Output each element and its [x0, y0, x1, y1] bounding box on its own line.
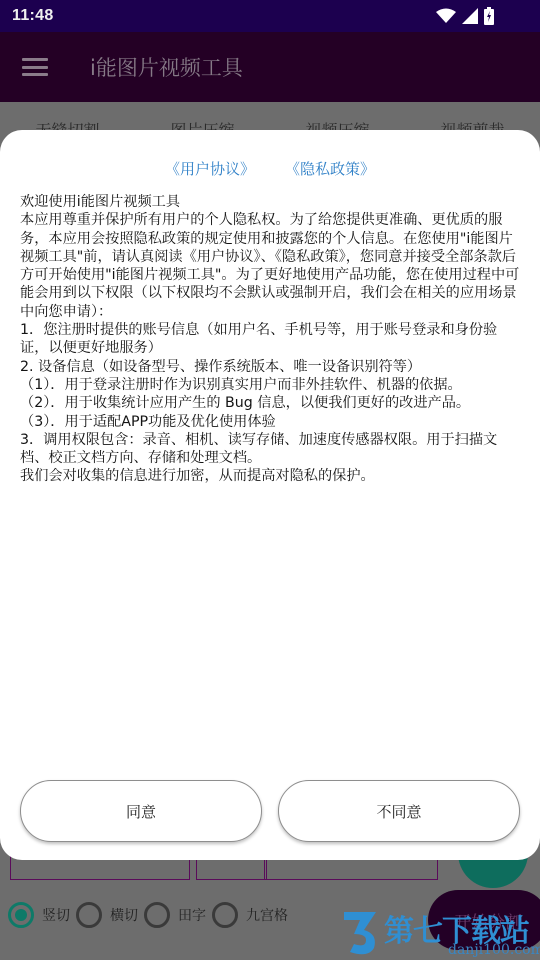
- watermark: 第七下载站 danji100.com: [338, 906, 540, 960]
- app-title: i能图片视频工具: [90, 52, 243, 82]
- encryption-note: 我们会对收集的信息进行加密，从而提高对隐私的保护。: [20, 467, 525, 485]
- disagree-button[interactable]: 不同意: [278, 780, 520, 842]
- radio-nine-grid[interactable]: 九宫格: [212, 902, 288, 928]
- radio-label: 九宫格: [246, 905, 288, 925]
- radio-label: 田字: [178, 905, 206, 925]
- radio-checked-icon: [8, 902, 34, 928]
- radio-label: 竖切: [42, 905, 70, 925]
- dialog-links: 《用户协议》 《隐私政策》: [0, 158, 540, 179]
- wifi-icon: [436, 8, 456, 24]
- hamburger-menu-icon[interactable]: [22, 57, 48, 77]
- radio-label: 横切: [110, 905, 138, 925]
- radio-unchecked-icon: [76, 902, 102, 928]
- radio-vertical-cut[interactable]: 竖切: [8, 902, 70, 928]
- radio-horizontal-cut[interactable]: 横切: [76, 902, 138, 928]
- split-mode-radio-group: 竖切 横切 田字 九宫格: [8, 902, 294, 928]
- radio-quad-grid[interactable]: 田字: [144, 902, 206, 928]
- cell-signal-icon: [462, 8, 478, 24]
- subitem-3: （3）．用于适配APP功能及优化使用体验: [20, 413, 525, 431]
- radio-unchecked-icon: [144, 902, 170, 928]
- subitem-2: （2）．用于收集统计应用产生的 Bug 信息，以便我们更好的改进产品。: [20, 394, 525, 412]
- status-bar: 11:48: [0, 0, 540, 32]
- intro-paragraph: 本应用尊重并保护所有用户的个人隐私权。为了给您提供更准确、更优质的服务，本应用会…: [20, 211, 525, 321]
- subitem-1: （1）．用于登录注册时作为识别真实用户而非外挂软件、机器的依据。: [20, 376, 525, 394]
- user-agreement-link[interactable]: 《用户协议》: [165, 158, 255, 179]
- agree-button[interactable]: 同意: [20, 780, 262, 842]
- item-account-info: 1．您注册时提供的账号信息（如用户名、手机号等，用于账号登录和身份验证，以便更好…: [20, 321, 525, 358]
- privacy-dialog: 《用户协议》 《隐私政策》 欢迎使用i能图片视频工具 本应用尊重并保护所有用户的…: [0, 130, 540, 860]
- dialog-body: 欢迎使用i能图片视频工具 本应用尊重并保护所有用户的个人隐私权。为了给您提供更准…: [20, 193, 525, 486]
- status-icons: [436, 7, 494, 25]
- privacy-policy-link[interactable]: 《隐私政策》: [285, 158, 375, 179]
- watermark-url: danji100.com: [448, 942, 540, 958]
- watermark-logo-icon: [340, 908, 380, 956]
- welcome-text: 欢迎使用i能图片视频工具: [20, 193, 525, 211]
- radio-unchecked-icon: [212, 902, 238, 928]
- item-device-info: 2. 设备信息（如设备型号、操作系统版本、唯一设备识别符等）: [20, 358, 525, 376]
- battery-charging-icon: [484, 7, 494, 25]
- item-permissions: 3．调用权限包含：录音、相机、读写存储、加速度传感器权限。用于扫描文档、校正文档…: [20, 431, 525, 468]
- status-time: 11:48: [12, 7, 54, 25]
- app-bar: i能图片视频工具: [0, 32, 540, 102]
- dialog-buttons: 同意 不同意: [20, 780, 520, 842]
